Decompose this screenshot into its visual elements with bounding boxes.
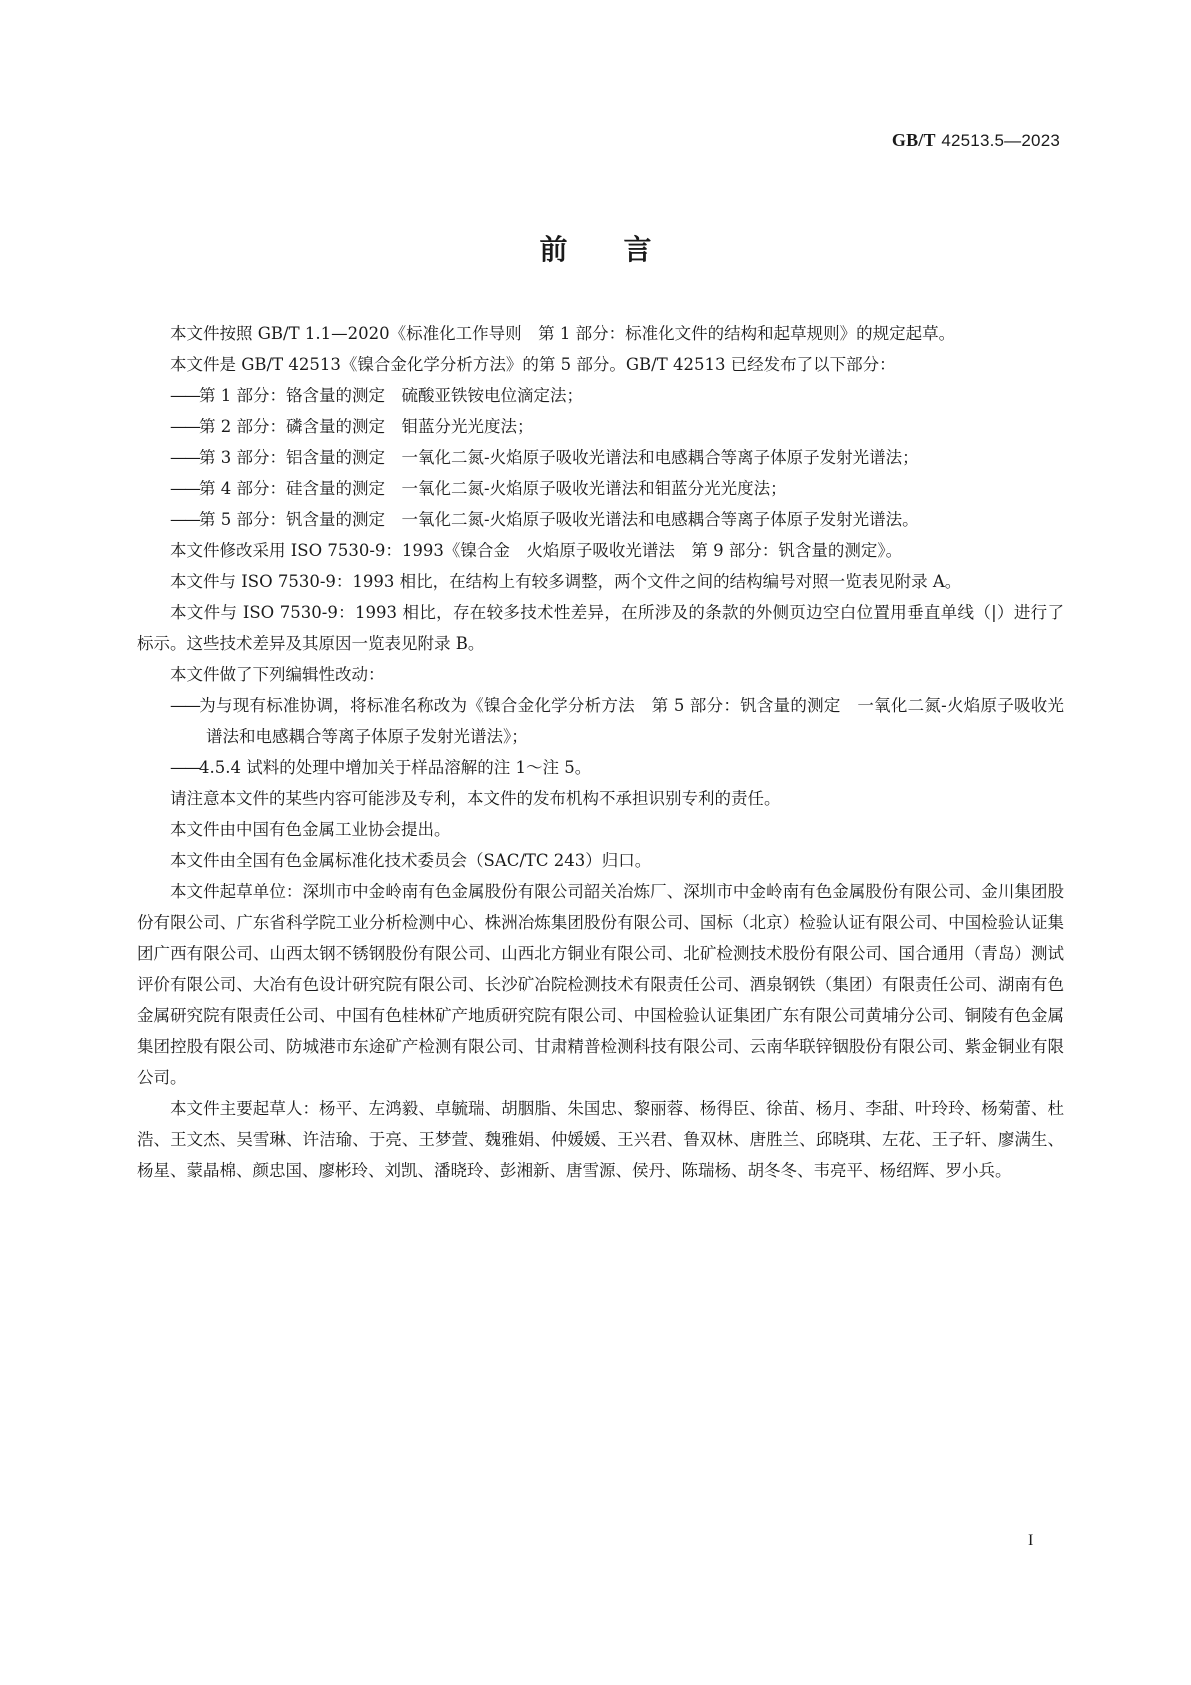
list-item-part-4: ——第 4 部分：硅含量的测定 一氧化二氮-火焰原子吸收光谱法和钼蓝分光光度法； <box>137 473 1064 504</box>
committee-paragraph: 本文件由全国有色金属标准化技术委员会（SAC/TC 243）归口。 <box>137 845 1064 876</box>
page-number: I <box>1028 1532 1033 1550</box>
list-item-edit-1: ——为与现有标准协调，将标准名称改为《镍合金化学分析方法 第 5 部分：钒含量的… <box>137 690 1064 752</box>
drafting-units-paragraph: 本文件起草单位：深圳市中金岭南有色金属股份有限公司韶关冶炼厂、深圳市中金岭南有色… <box>137 876 1064 1093</box>
dash-marker: —— <box>170 386 199 405</box>
list-item-text: 第 5 部分：钒含量的测定 一氧化二氮-火焰原子吸收光谱法和电感耦合等离子体原子… <box>199 510 919 529</box>
dash-marker: —— <box>170 510 199 529</box>
list-item-part-2: ——第 2 部分：磷含量的测定 钼蓝分光光度法； <box>137 411 1064 442</box>
dash-marker: —— <box>170 417 199 436</box>
list-item-text: 第 1 部分：铬含量的测定 硫酸亚铁铵电位滴定法； <box>199 386 583 405</box>
list-item-text: 第 2 部分：磷含量的测定 钼蓝分光光度法； <box>199 417 534 436</box>
proposer-paragraph: 本文件由中国有色金属工业协会提出。 <box>137 814 1064 845</box>
technical-difference-paragraph: 本文件与 ISO 7530-9：1993 相比，存在较多技术性差异，在所涉及的条… <box>137 597 1064 659</box>
standard-number: GB/T 42513.5—2023 <box>892 130 1060 151</box>
page-title: 前言 <box>0 228 1191 268</box>
list-item-part-5: ——第 5 部分：钒含量的测定 一氧化二氮-火焰原子吸收光谱法和电感耦合等离子体… <box>137 504 1064 535</box>
adoption-paragraph: 本文件修改采用 ISO 7530-9：1993《镍合金 火焰原子吸收光谱法 第 … <box>137 535 1064 566</box>
list-item-part-1: ——第 1 部分：铬含量的测定 硫酸亚铁铵电位滴定法； <box>137 380 1064 411</box>
list-item-text: 4.5.4 试料的处理中增加关于样品溶解的注 1～注 5。 <box>199 758 591 777</box>
foreword-body: 本文件按照 GB/T 1.1—2020《标准化工作导则 第 1 部分：标准化文件… <box>137 318 1064 1186</box>
list-item-text: 第 4 部分：硅含量的测定 一氧化二氮-火焰原子吸收光谱法和钼蓝分光光度法； <box>199 479 787 498</box>
standard-prefix: GB/T <box>892 130 936 150</box>
standard-code: 42513.5—2023 <box>941 131 1060 150</box>
dash-marker: —— <box>170 696 199 715</box>
list-item-text: 为与现有标准协调，将标准名称改为《镍合金化学分析方法 第 5 部分：钒含量的测定… <box>199 696 1064 746</box>
list-item-part-3: ——第 3 部分：铝含量的测定 一氧化二氮-火焰原子吸收光谱法和电感耦合等离子体… <box>137 442 1064 473</box>
list-item-edit-2: ——4.5.4 试料的处理中增加关于样品溶解的注 1～注 5。 <box>137 752 1064 783</box>
dash-marker: —— <box>170 448 199 467</box>
patent-notice-paragraph: 请注意本文件的某些内容可能涉及专利，本文件的发布机构不承担识别专利的责任。 <box>137 783 1064 814</box>
dash-marker: —— <box>170 758 199 777</box>
drafting-rule-paragraph: 本文件按照 GB/T 1.1—2020《标准化工作导则 第 1 部分：标准化文件… <box>137 318 1064 349</box>
series-intro-paragraph: 本文件是 GB/T 42513《镍合金化学分析方法》的第 5 部分。GB/T 4… <box>137 349 1064 380</box>
editorial-changes-intro: 本文件做了下列编辑性改动： <box>137 659 1064 690</box>
drafters-paragraph: 本文件主要起草人：杨平、左鸿毅、卓毓瑞、胡胭脂、朱国忠、黎丽蓉、杨得臣、徐苗、杨… <box>137 1093 1064 1186</box>
structure-change-paragraph: 本文件与 ISO 7530-9：1993 相比，在结构上有较多调整，两个文件之间… <box>137 566 1064 597</box>
list-item-text: 第 3 部分：铝含量的测定 一氧化二氮-火焰原子吸收光谱法和电感耦合等离子体原子… <box>199 448 919 467</box>
dash-marker: —— <box>170 479 199 498</box>
